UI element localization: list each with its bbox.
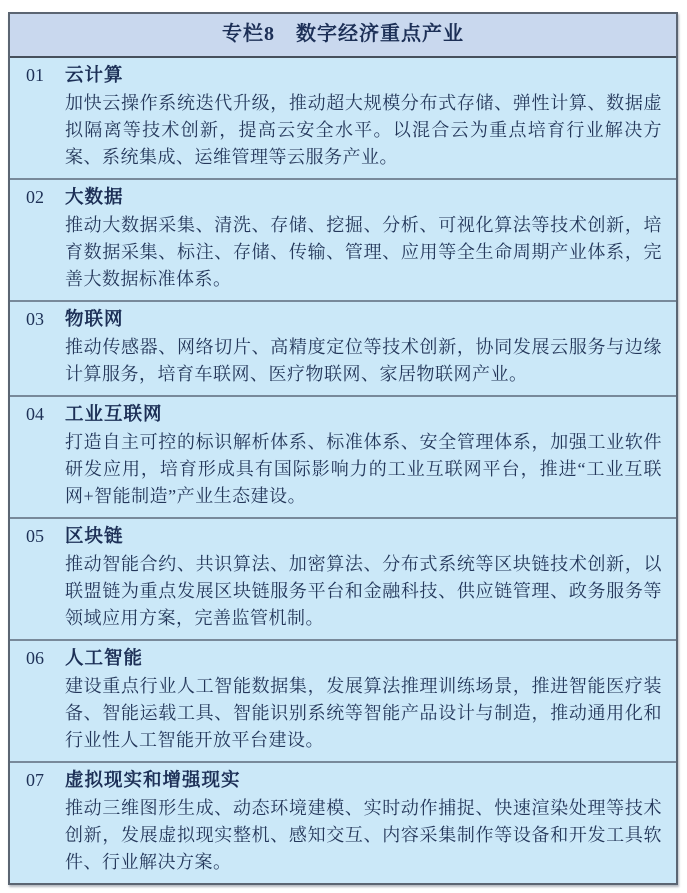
- section-title: 人工智能: [65, 646, 143, 673]
- section-title: 区块链: [65, 524, 124, 551]
- section-body: 推动传感器、网络切片、高精度定位等技术创新，协同发展云服务与边缘计算服务，培育车…: [65, 334, 662, 388]
- section-head: 05 区块链: [26, 523, 662, 551]
- section-title: 大数据: [65, 185, 124, 212]
- section-head: 03 物联网: [26, 306, 662, 334]
- section-body: 推动大数据采集、清洗、存储、挖掘、分析、可视化算法等技术创新，培育数据采集、标注…: [65, 212, 662, 293]
- industry-section: 07 虚拟现实和增强现实 推动三维图形生成、动态环境建模、实时动作捕捉、快速渲染…: [10, 761, 676, 883]
- industry-section: 06 人工智能 建设重点行业人工智能数据集，发展算法推理训练场景，推进智能医疗装…: [10, 639, 676, 761]
- section-head: 02 大数据: [26, 184, 662, 212]
- section-title: 工业互联网: [65, 402, 163, 429]
- section-head: 01 云计算: [26, 62, 662, 90]
- document-page: 专栏8 数字经济重点产业 01 云计算 加快云操作系统迭代升级，推动超大规模分布…: [0, 0, 687, 893]
- section-number: 03: [26, 306, 52, 333]
- section-number: 06: [26, 645, 52, 672]
- industry-section: 01 云计算 加快云操作系统迭代升级，推动超大规模分布式存储、弹性计算、数据虚拟…: [10, 58, 676, 178]
- industry-section: 04 工业互联网 打造自主可控的标识解析体系、标准体系、安全管理体系，加强工业软…: [10, 395, 676, 517]
- section-head: 07 虚拟现实和增强现实: [26, 767, 662, 795]
- section-body: 推动三维图形生成、动态环境建模、实时动作捕捉、快速渲染处理等技术创新，发展虚拟现…: [65, 795, 662, 876]
- section-body: 建设重点行业人工智能数据集，发展算法推理训练场景，推进智能医疗装备、智能运载工具…: [65, 673, 662, 754]
- section-title: 物联网: [65, 307, 124, 334]
- section-number: 07: [26, 767, 52, 794]
- section-number: 01: [26, 62, 52, 89]
- section-body: 加快云操作系统迭代升级，推动超大规模分布式存储、弹性计算、数据虚拟隔离等技术创新…: [65, 90, 662, 171]
- section-number: 05: [26, 523, 52, 550]
- section-title: 虚拟现实和增强现实: [65, 768, 241, 795]
- column-panel: 专栏8 数字经济重点产业 01 云计算 加快云操作系统迭代升级，推动超大规模分布…: [8, 12, 678, 885]
- industry-section: 03 物联网 推动传感器、网络切片、高精度定位等技术创新，协同发展云服务与边缘计…: [10, 300, 676, 395]
- panel-title: 专栏8 数字经济重点产业: [10, 14, 676, 58]
- industry-section: 02 大数据 推动大数据采集、清洗、存储、挖掘、分析、可视化算法等技术创新，培育…: [10, 178, 676, 300]
- section-number: 04: [26, 401, 52, 428]
- section-title: 云计算: [65, 63, 124, 90]
- sections-list: 01 云计算 加快云操作系统迭代升级，推动超大规模分布式存储、弹性计算、数据虚拟…: [10, 58, 676, 883]
- section-body: 推动智能合约、共识算法、加密算法、分布式系统等区块链技术创新，以联盟链为重点发展…: [65, 551, 662, 632]
- industry-section: 05 区块链 推动智能合约、共识算法、加密算法、分布式系统等区块链技术创新，以联…: [10, 517, 676, 639]
- section-head: 04 工业互联网: [26, 401, 662, 429]
- section-body: 打造自主可控的标识解析体系、标准体系、安全管理体系，加强工业软件研发应用，培育形…: [65, 429, 662, 510]
- section-head: 06 人工智能: [26, 645, 662, 673]
- section-number: 02: [26, 184, 52, 211]
